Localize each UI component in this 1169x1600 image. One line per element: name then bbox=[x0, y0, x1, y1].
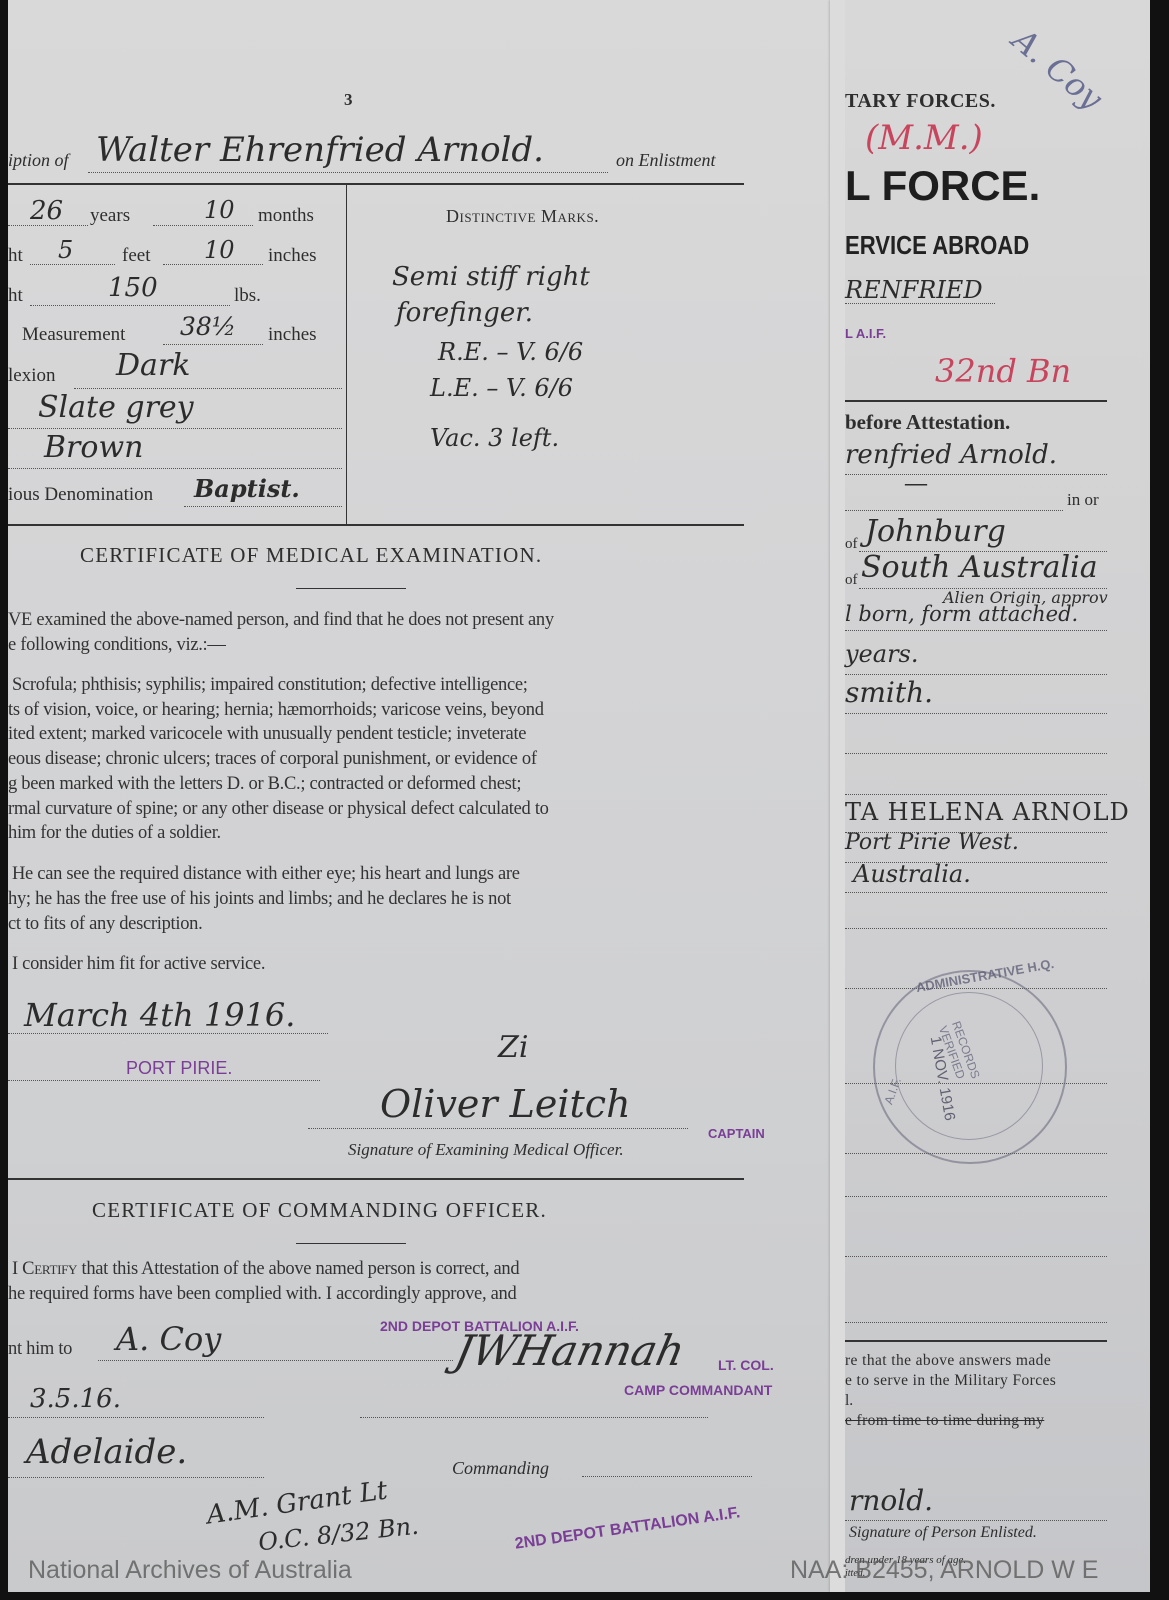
condition-line: ited extent; marked varicocele with unus… bbox=[8, 724, 526, 745]
scan-border-right bbox=[1150, 0, 1169, 1600]
reference-watermark: NAA: B2455, ARNOLD W E bbox=[790, 1556, 1098, 1585]
state-field: South Australia bbox=[861, 550, 1098, 585]
next-of-kin-field: TA HELENA ARNOLD bbox=[845, 798, 1130, 826]
medical-intro-2: e following conditions, viz.:— bbox=[8, 635, 226, 656]
scan-border-bottom bbox=[0, 1592, 1169, 1600]
distinctive-marks-title: Distinctive Marks. bbox=[446, 206, 599, 227]
fitness-line: He can see the required distance with ei… bbox=[12, 864, 520, 885]
place-stamp: PORT PIRIE. bbox=[126, 1058, 232, 1079]
nok-address-2: Australia. bbox=[853, 860, 971, 888]
declaration-line-2: e to serve in the Military Forces bbox=[845, 1372, 1056, 1390]
page-number: 3 bbox=[344, 90, 353, 110]
initials: Zi bbox=[498, 1030, 528, 1065]
nok-address-1: Port Pirie West. bbox=[845, 830, 1019, 855]
fitness-conclusion: I consider him fit for active service. bbox=[12, 954, 265, 975]
born-note: l born, form attached. bbox=[845, 602, 1078, 626]
certify-line-1: I Certify that this Attestation of the a… bbox=[12, 1259, 519, 1280]
condition-line: him for the duties of a soldier. bbox=[8, 823, 221, 844]
appointed-company: A. Coy bbox=[116, 1320, 221, 1358]
enlisted-signature-caption: Signature of Person Enlisted. bbox=[849, 1524, 1037, 1542]
description-suffix: on Enlistment bbox=[616, 150, 716, 171]
distinctive-mark-1: Semi stiff right bbox=[392, 262, 590, 292]
force-title: L FORCE. bbox=[845, 162, 1040, 210]
description-prefix: iption of bbox=[8, 150, 69, 171]
distinctive-mark-4: L.E. – V. 6/6 bbox=[430, 374, 573, 402]
right-rule-2 bbox=[845, 1340, 1107, 1342]
company-annotation: A. Coy bbox=[1005, 21, 1110, 118]
co-title-stamp: CAMP COMMANDANT bbox=[624, 1382, 772, 1398]
records-verified-stamp: ADMINISTRATIVE H.Q. RECORDS VERIFIED 1 N… bbox=[873, 970, 1067, 1164]
column-divider bbox=[346, 185, 347, 525]
declaration-line-3: l. bbox=[845, 1392, 853, 1410]
condition-line: g been marked with the letters D. or B.C… bbox=[8, 774, 521, 795]
distinctive-mark-2: forefinger. bbox=[396, 298, 533, 328]
fitness-line: hy; he has the free use of his joints an… bbox=[8, 889, 511, 910]
forces-title: TARY FORCES. bbox=[845, 90, 996, 113]
certify-line-2: he required forms have been complied wit… bbox=[8, 1284, 516, 1305]
condition-line: Scrofula; phthisis; syphilis; impaired c… bbox=[12, 675, 528, 696]
name-field: renfried Arnold. bbox=[845, 440, 1057, 470]
co-rank-stamp: LT. COL. bbox=[718, 1357, 774, 1373]
trade-field: smith. bbox=[845, 676, 933, 709]
battalion-annotation: 32nd Bn bbox=[935, 352, 1071, 390]
rank-stamp: CAPTAIN bbox=[708, 1126, 765, 1141]
title-underline-2 bbox=[296, 1243, 406, 1244]
aif-stamp: L A.I.F. bbox=[845, 326, 886, 341]
of-label-2: of bbox=[845, 572, 858, 589]
medical-officer-signature: Oliver Leitch bbox=[380, 1082, 631, 1126]
of-label-1: of bbox=[845, 536, 858, 553]
commanding-place: Adelaide. bbox=[26, 1432, 187, 1472]
medical-intro-1: VE examined the above-named person, and … bbox=[8, 610, 554, 631]
fitness-line: ct to fits of any description. bbox=[8, 914, 202, 935]
camp-commandant-signature: JWHannah bbox=[451, 1326, 689, 1375]
distinctive-mark-5: Vac. 3 left. bbox=[430, 424, 559, 452]
commanding-label: Commanding bbox=[452, 1458, 549, 1479]
before-attestation-title: before Attestation. bbox=[845, 410, 1010, 435]
commanding-certificate-title: CERTIFICATE OF COMMANDING OFFICER. bbox=[92, 1198, 547, 1223]
parish-dash: — bbox=[905, 470, 927, 496]
commanding-date: 3.5.16. bbox=[30, 1384, 121, 1414]
medical-signature-caption: Signature of Examining Medical Officer. bbox=[348, 1140, 624, 1160]
given-names-caps: RENFRIED bbox=[845, 276, 983, 304]
medical-exam-date: March 4th 1916. bbox=[24, 996, 295, 1034]
in-or-label: in or bbox=[1067, 490, 1099, 510]
distinctive-mark-3: R.E. – V. 6/6 bbox=[438, 338, 583, 366]
scan-border-left bbox=[0, 0, 8, 1600]
condition-line: rmal curvature of spine; or any other di… bbox=[8, 799, 549, 820]
description-bottom-rule bbox=[8, 524, 744, 526]
archive-watermark: National Archives of Australia bbox=[28, 1556, 352, 1585]
struck-declaration: e from time to time during my bbox=[845, 1412, 1044, 1430]
attestation-page-3: 3 iption of Walter Ehrenfried Arnold. on… bbox=[8, 0, 845, 1592]
declaration-line-1: re that the above answers made bbox=[845, 1352, 1051, 1370]
header-rule bbox=[8, 183, 744, 185]
condition-line: eous disease; chronic ulcers; traces of … bbox=[8, 749, 537, 770]
section-rule bbox=[8, 1178, 744, 1180]
military-medal-annotation: (M.M.) bbox=[865, 118, 983, 158]
appoint-label: nt him to bbox=[8, 1339, 72, 1360]
service-abroad-title: ERVICE ABROAD bbox=[845, 230, 1029, 261]
enlistee-name: Walter Ehrenfried Arnold. bbox=[96, 130, 544, 170]
age-years-field: years. bbox=[845, 640, 919, 668]
bottom-battalion-stamp: 2ND DEPOT BATTALION A.I.F. bbox=[514, 1504, 742, 1553]
right-rule bbox=[845, 400, 1107, 402]
attestation-page-1: TARY FORCES. A. Coy (M.M.) L FORCE. ERVI… bbox=[845, 0, 1150, 1592]
town-field: Johnburg bbox=[865, 514, 1006, 549]
enlisted-signature: rnold. bbox=[849, 1484, 933, 1517]
condition-line: ts of vision, voice, or hearing; hernia;… bbox=[8, 700, 544, 721]
medical-certificate-title: CERTIFICATE OF MEDICAL EXAMINATION. bbox=[80, 543, 542, 568]
title-underline bbox=[296, 588, 406, 589]
